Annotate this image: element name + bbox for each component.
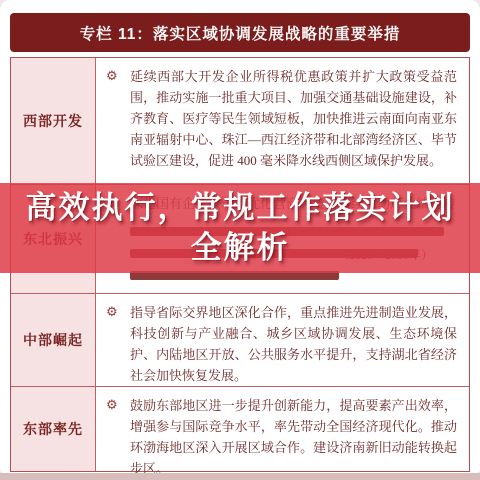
column-header-bar: 专栏 11：落实区域协调发展战略的重要举措 — [10, 13, 470, 52]
gear-icon: ⚙ — [106, 302, 121, 323]
document-screenshot: { "header": { "title": "专栏 11：落实区域协调发展战略… — [0, 0, 480, 480]
overlay-title-line1: 高效执行，常规工作落实计划 — [26, 188, 455, 228]
table-row: 西部开发 ⚙ 延续西部大开发企业所得税优惠政策并扩大政策受益范围，推动实施一批重… — [11, 58, 469, 185]
row-content: ⚙ 延续西部大开发企业所得税优惠政策并扩大政策受益范围，推动实施一批重大项目、加… — [96, 58, 469, 184]
row-text: 鼓励东部地区进一步提升创新能力，提高要素产出效率，增强参与国际竞争水平，率先带动… — [130, 395, 457, 473]
row-content: ⚙ 指导省际交界地区深化合作，重点推进先进制造业发展，科技创新与产业融合、城乡区… — [96, 294, 469, 386]
row-label-eastern-lead: 东部率先 — [11, 387, 96, 471]
gear-icon: ⚙ — [106, 66, 121, 87]
overlay-title-line2: 全解析 — [191, 228, 290, 268]
page-bottom-edge — [0, 473, 480, 480]
table-row: 东部率先 ⚙ 鼓励东部地区进一步提升创新能力，提高要素产出效率，增强参与国际竞争… — [11, 387, 469, 471]
row-text: 延续西部大开发企业所得税优惠政策并扩大政策受益范围，推动实施一批重大项目、加强交… — [130, 66, 457, 171]
promo-overlay-banner: 高效执行，常规工作落实计划 全解析 — [0, 183, 480, 273]
column-title: 专栏 11：落实区域协调发展战略的重要举措 — [80, 22, 401, 44]
row-label-central-rise: 中部崛起 — [11, 294, 96, 386]
gear-icon: ⚙ — [106, 395, 121, 416]
row-content: ⚙ 鼓励东部地区进一步提升创新能力，提高要素产出效率，增强参与国际竞争水平，率先… — [96, 387, 469, 471]
row-text: 指导省际交界地区深化合作，重点推进先进制造业发展，科技创新与产业融合、城乡区域协… — [130, 302, 457, 386]
row-label-western-development: 西部开发 — [11, 58, 96, 184]
table-row: 中部崛起 ⚙ 指导省际交界地区深化合作，重点推进先进制造业发展，科技创新与产业融… — [11, 294, 469, 387]
